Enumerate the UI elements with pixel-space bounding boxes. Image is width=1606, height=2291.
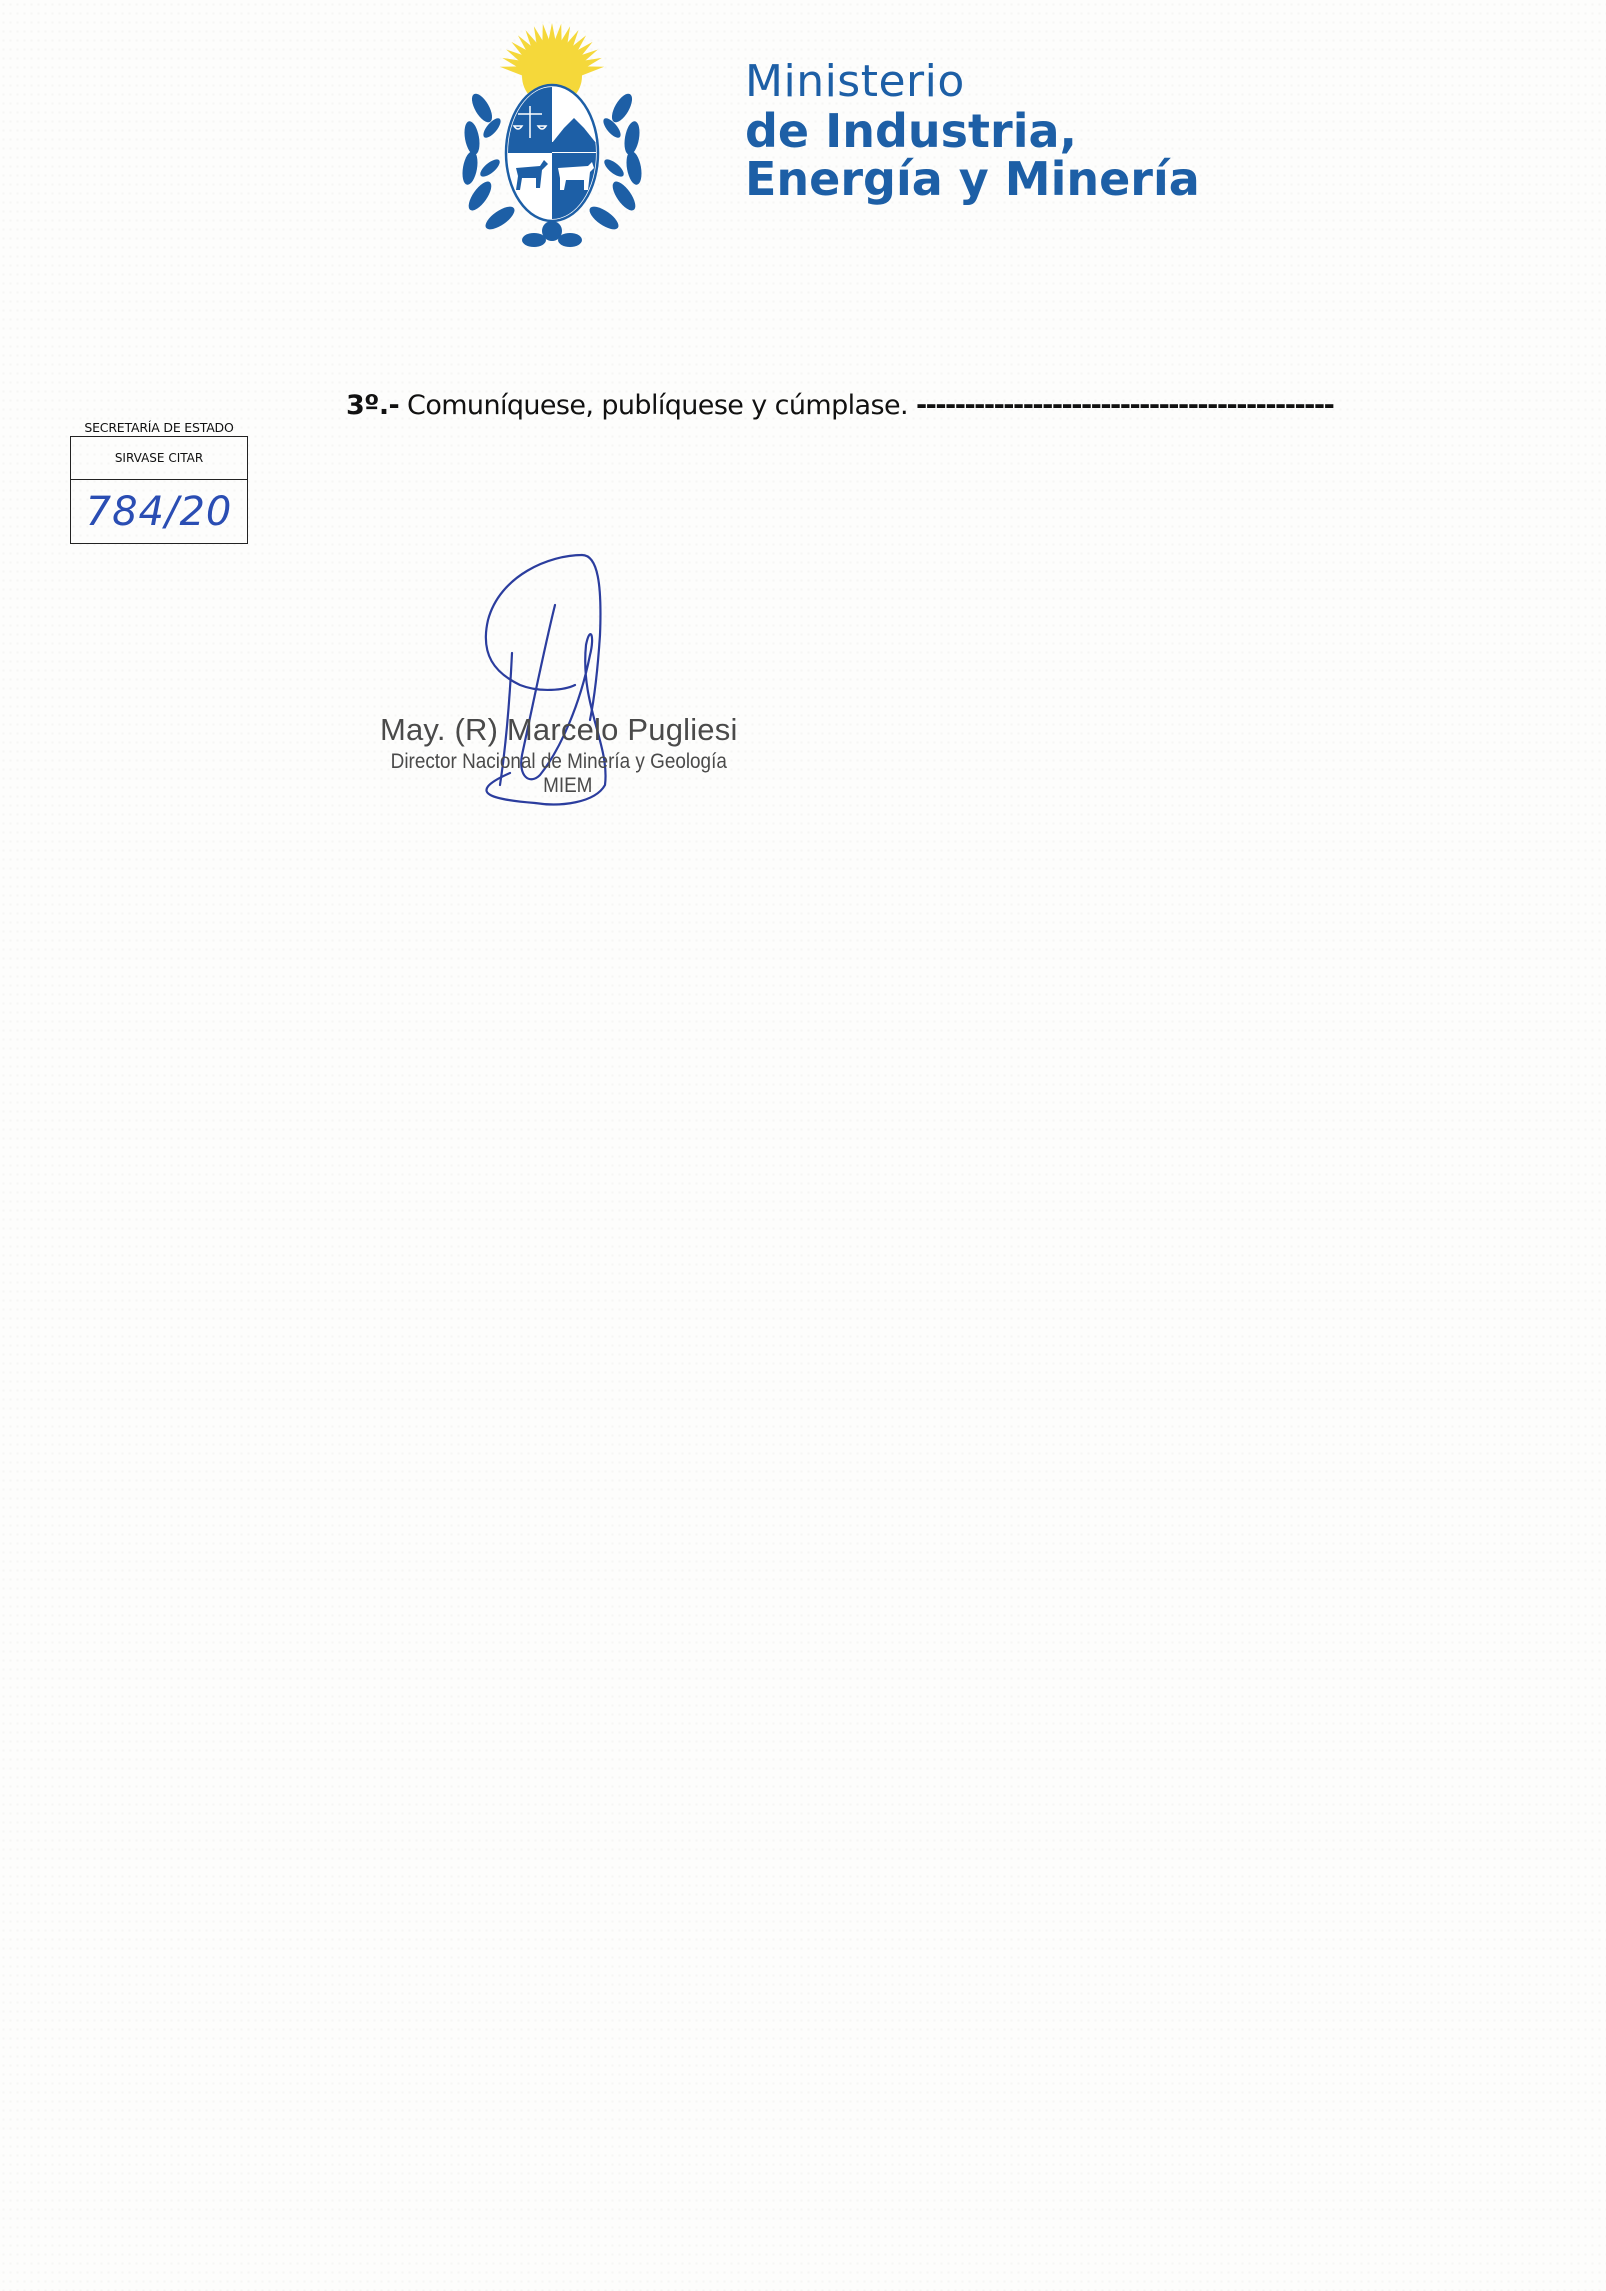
reference-stamp: SECRETARÍA DE ESTADO SIRVASE CITAR 784/2… — [70, 420, 248, 544]
ministry-name: Ministerio de Industria, Energía y Miner… — [745, 60, 1200, 202]
uruguay-coat-of-arms-icon — [452, 18, 652, 253]
signatory-name: May. (R) Marcelo Pugliesi — [372, 712, 746, 748]
signatory-title: Director Nacional de Minería y Geología — [391, 750, 727, 774]
clause-text: Comuníquese, publíquese y cúmplase. — [399, 390, 916, 421]
stamp-heading: SECRETARÍA DE ESTADO — [70, 420, 248, 435]
signature-block: May. (R) Marcelo Pugliesi Director Nacio… — [372, 712, 746, 798]
ministry-line-1: Ministerio — [745, 60, 1200, 104]
stamp-handwritten-number: 784/20 — [71, 480, 247, 543]
clause-number: 3º.- — [346, 390, 399, 421]
stamp-label: SIRVASE CITAR — [71, 437, 247, 480]
paper-background — [0, 0, 1606, 2291]
ministry-line-3: Energía y Minería — [745, 156, 1200, 202]
clause-fill-dashes: ----------------------------------------… — [916, 390, 1333, 421]
stamp-box: SIRVASE CITAR 784/20 — [70, 436, 248, 544]
ministry-line-2: de Industria, — [745, 108, 1200, 154]
clause-3: 3º.- Comuníquese, publíquese y cúmplase.… — [346, 390, 1333, 421]
signatory-organization: MIEM — [391, 774, 727, 798]
